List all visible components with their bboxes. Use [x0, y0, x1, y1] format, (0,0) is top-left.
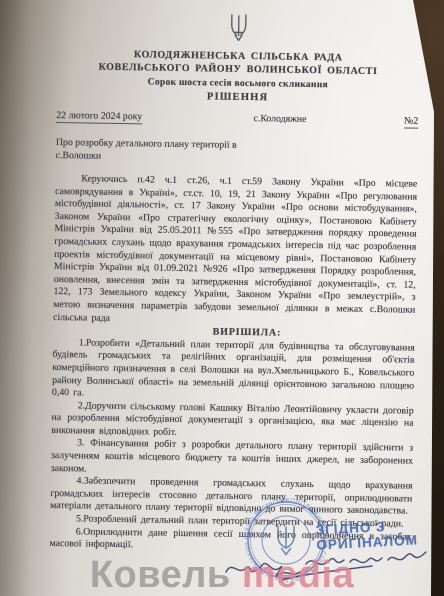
item-1: 1.Розробити «Детальний план території дл… — [52, 337, 415, 406]
preamble-paragraph: Керуючись п.42 ч.1 ст.26, ч.1 ст.59 Зако… — [53, 173, 417, 330]
coat-of-arms — [57, 10, 420, 51]
document-place: с.Колодяжне — [254, 113, 307, 125]
subject-line: Про розробку детального плану території … — [56, 136, 276, 165]
item-3: 3. Фінансування робіт з розробки детальн… — [51, 437, 414, 480]
watermark-media: media — [242, 554, 354, 596]
document-body: Керуючись п.42 ч.1 ст.26, ч.1 ст.59 Зако… — [49, 173, 417, 556]
document-number: №2 — [404, 115, 418, 128]
media-watermark: Ковель media — [0, 554, 444, 596]
item-2: 2.Доручити сільському голові Кашику Віта… — [51, 400, 414, 443]
photographed-document: КОЛОДЯЖНЕНСЬКА СІЛЬСЬКА РАДА КОВЕЛЬСЬКОГ… — [0, 0, 444, 596]
document-date: 22 лютого 2024 року — [56, 110, 142, 124]
watermark-city: Ковель — [90, 554, 231, 596]
document-content: КОЛОДЯЖНЕНСЬКА СІЛЬСЬКА РАДА КОВЕЛЬСЬКОГ… — [49, 8, 419, 556]
item-4: 4.Забезпечити проведення громадських слу… — [50, 475, 413, 518]
ukraine-trident-icon — [226, 13, 250, 43]
meta-row: 22 лютого 2024 року с.Колодяжне №2 — [56, 110, 418, 129]
